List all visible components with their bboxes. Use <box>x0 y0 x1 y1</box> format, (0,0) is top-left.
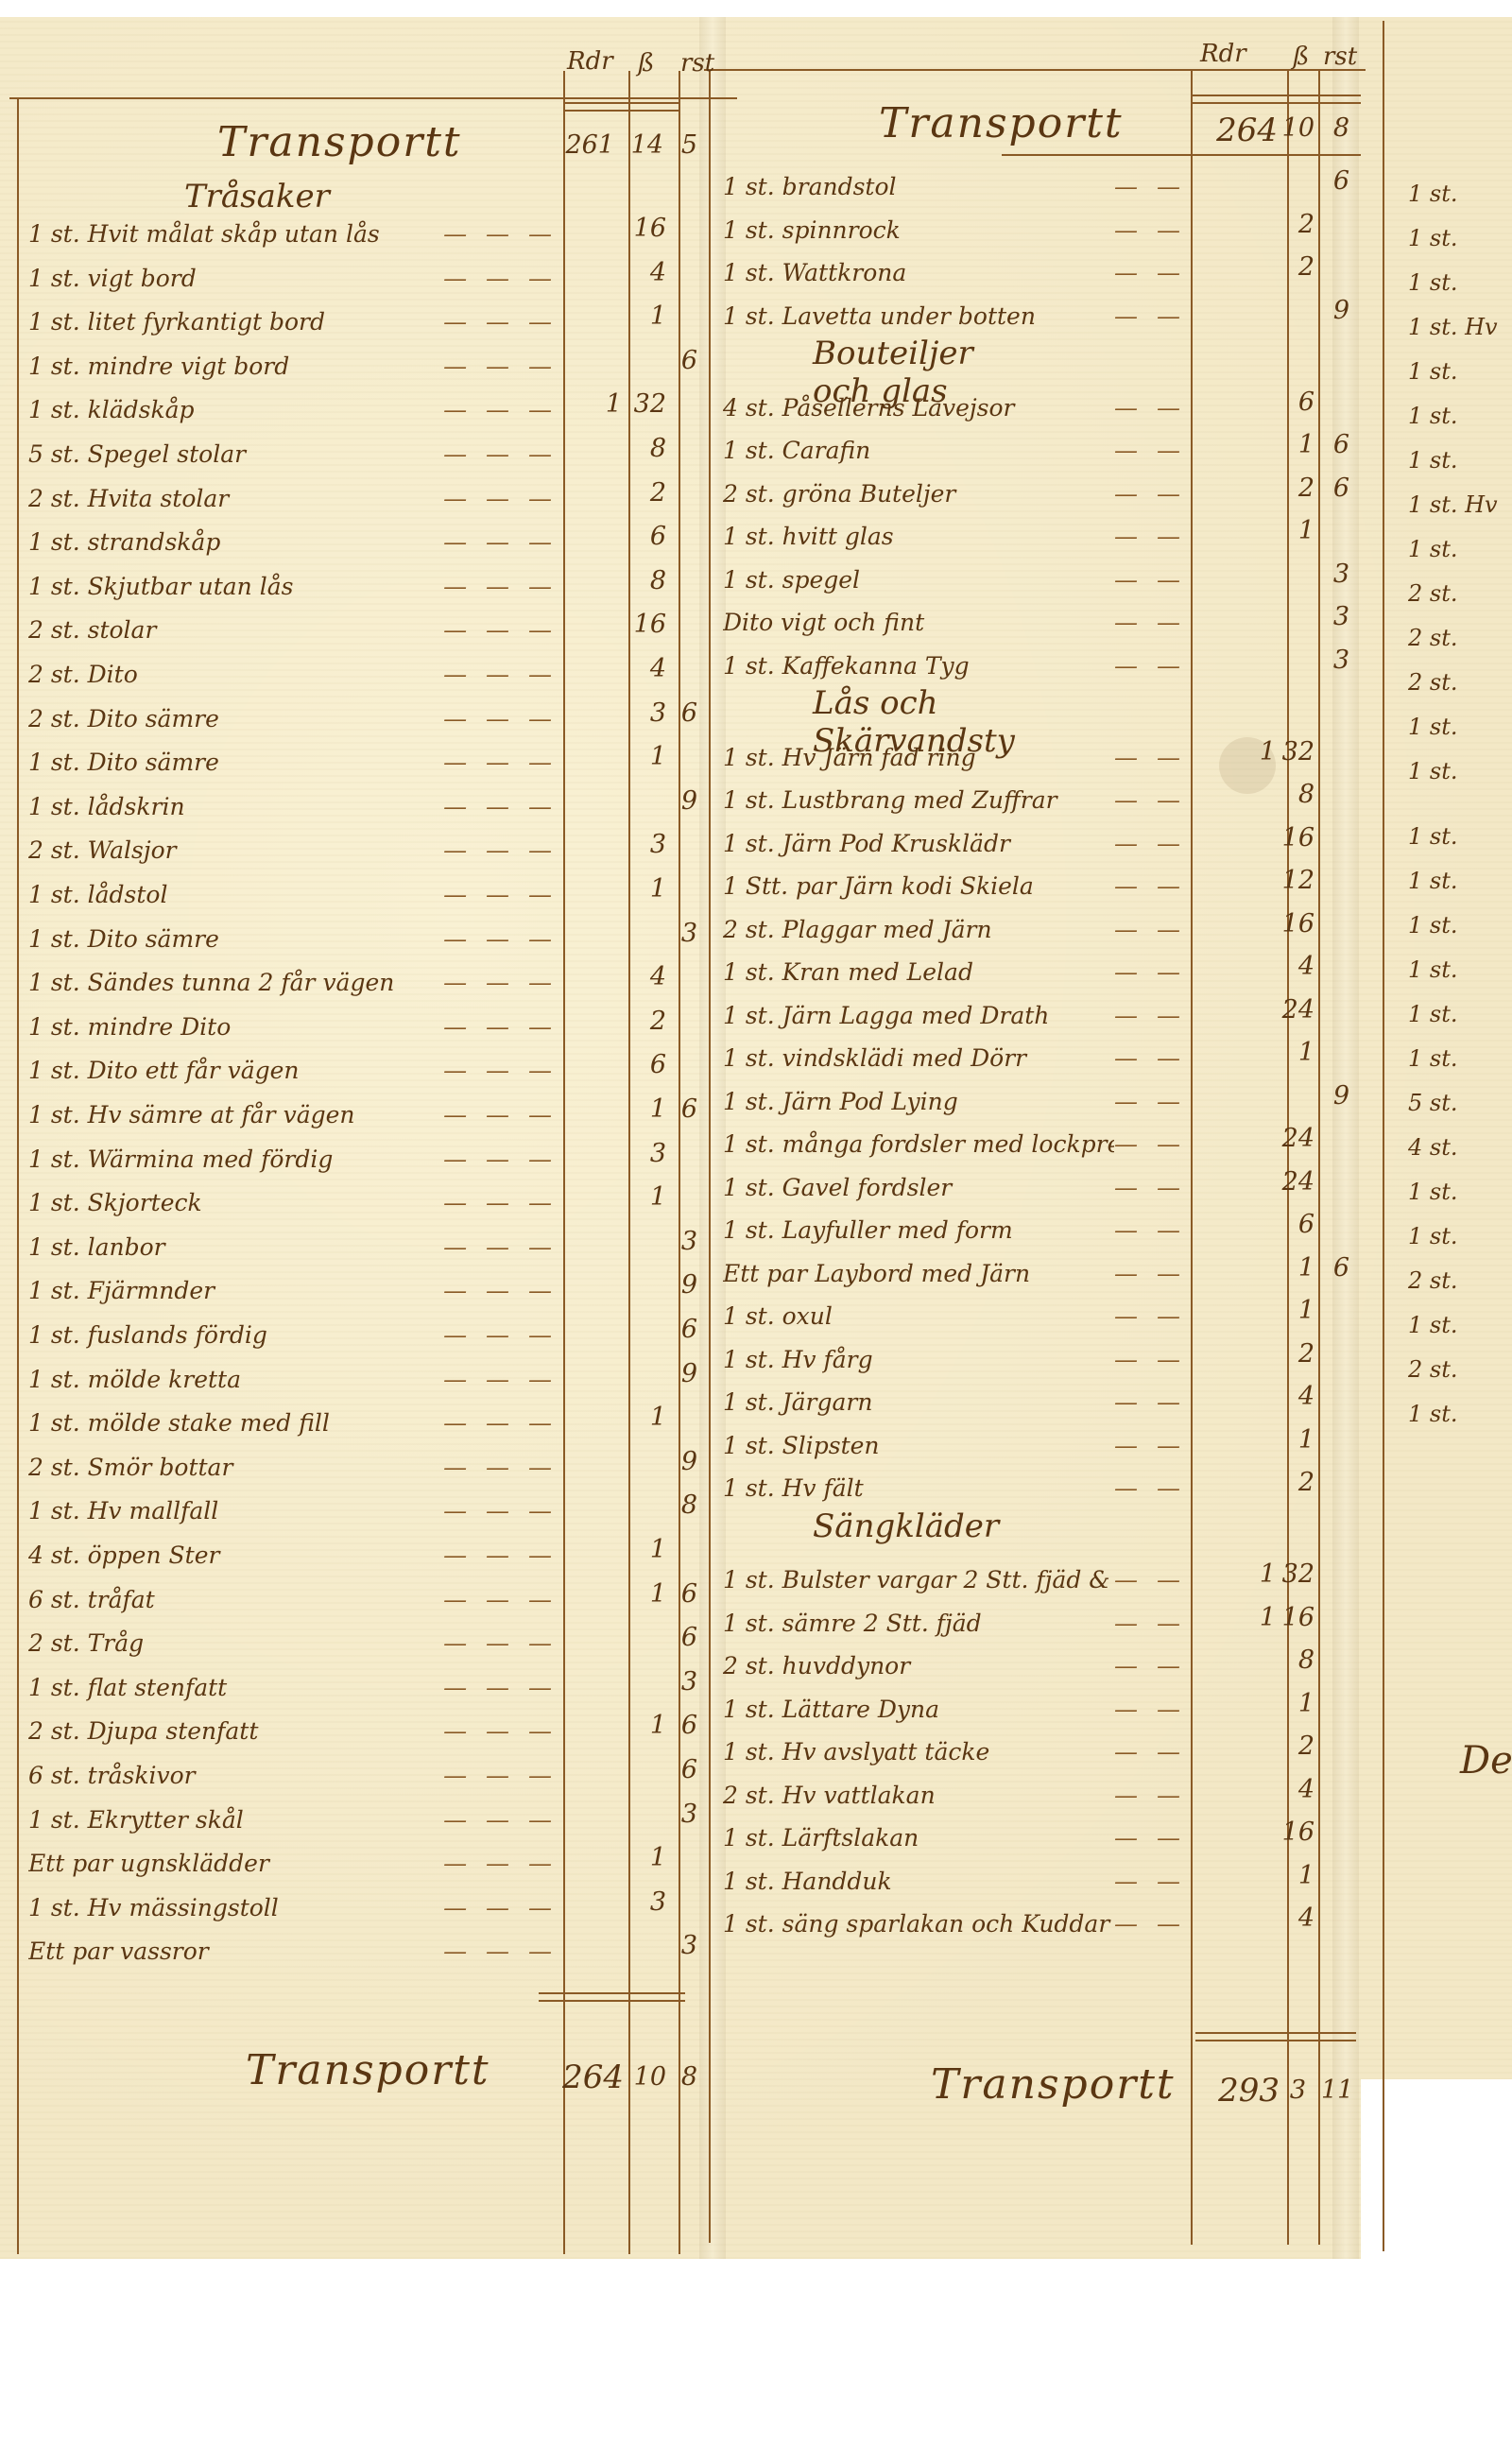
item-prefix: 1 st. <box>1408 868 1512 894</box>
item-description: 1 st. Hv avslyatt täcke <box>723 1738 1114 1766</box>
item-prefix: 1 st. <box>1408 1223 1512 1249</box>
column-rule-rst <box>679 71 680 2254</box>
partial-row: 1 st. <box>1408 897 1512 939</box>
ledger-row: 1 st. Lärftslakan— — <box>723 1810 1186 1852</box>
item-description: 2 st. Tråg <box>28 1629 443 1657</box>
item-prefix: 1 st. <box>1408 358 1512 385</box>
ledger-row: Ett par Laybord med Järn— — <box>723 1246 1186 1287</box>
partial-row: 1 st. <box>1408 853 1512 894</box>
amount-sk: 16 <box>1280 909 1314 939</box>
item-description: 1 st. Hv Järn fad ring <box>723 744 1114 771</box>
ledger-row: 6 st. tråskivor— — — <box>28 1748 558 1789</box>
ledger-row: 1 st. säng sparlakan och Kuddar— — <box>723 1896 1186 1938</box>
partial-row: 2 st. <box>1408 654 1512 696</box>
amount-rst: 3 <box>673 919 697 948</box>
item-description: 1 st. Bulster vargar 2 Stt. fjäd & 2 st.… <box>723 1566 1114 1593</box>
amount-sk: 1 <box>628 1711 666 1740</box>
amount-sk: 2 <box>1280 474 1314 503</box>
carry-in-sk: 10 <box>1280 113 1314 143</box>
amount-sk: 1 <box>628 742 666 771</box>
leader-dashes: — — — <box>443 1277 558 1304</box>
leader-dashes: — — — <box>443 1894 558 1921</box>
item-description: 1 st. mölde stake med fill <box>28 1409 443 1437</box>
item-description: 2 st. Walsjor <box>28 836 443 864</box>
ledger-row: 1 st. flat stenfatt— — — <box>28 1660 558 1701</box>
item-description: 1 st. Lärftslakan <box>723 1824 1114 1852</box>
carry-out-rdr: 264 <box>558 2058 624 2096</box>
ledger-row: 2 st. stolar— — — <box>28 602 558 644</box>
amount-sk: 16 <box>1280 1603 1314 1632</box>
item-description: 1 st. många fordsler med lockpre <box>723 1130 1114 1158</box>
ledger-row: 1 st. Wärmina med fördig— — — <box>28 1131 558 1173</box>
ledger-row: 4 st. Påsellerns Lavejsor— — <box>723 380 1186 422</box>
amount-rdr: 1 <box>1193 1559 1276 1589</box>
leader-dashes: — — <box>1114 1474 1186 1502</box>
amount-sk: 8 <box>1280 1645 1314 1675</box>
carry-out-rst: 11 <box>1321 2076 1349 2105</box>
item-description: 2 st. Hvita stolar <box>28 485 443 512</box>
ledger-row: 1 st. Hv mallfall— — — <box>28 1483 558 1524</box>
item-description: 5 st. Spegel stolar <box>28 440 443 468</box>
amount-rst: 9 <box>673 786 697 816</box>
amount-sk: 1 <box>628 1843 666 1872</box>
amount-sk: 4 <box>1280 1775 1314 1804</box>
amount-rst: 3 <box>673 1931 697 1960</box>
partial-row: 1 st. <box>1408 1386 1512 1427</box>
ledger-row: 1 st. Järn Lagga med Drath— — <box>723 988 1186 1029</box>
partial-row: 1 st. <box>1408 941 1512 983</box>
ledger-row: 1 st. Kaffekanna Tyg— — <box>723 638 1186 680</box>
amount-sk: 1 <box>628 1535 666 1564</box>
amount-rdr: 1 <box>1193 1603 1276 1632</box>
leader-dashes: — — — <box>443 749 558 776</box>
item-description: 1 st. Järn Pod Lying <box>723 1088 1114 1115</box>
ledger-row: 1 st. mindre vigt bord— — — <box>28 338 558 380</box>
carry-out-sk: 3 <box>1285 2076 1306 2105</box>
leader-dashes: — — — <box>443 1762 558 1789</box>
item-prefix: 1 st. <box>1408 1001 1512 1027</box>
item-description: 1 st. sämre 2 Stt. fjäd <box>723 1610 1114 1637</box>
ledger-row: 1 st. spinnrock— — <box>723 202 1186 244</box>
subtotal-double-rule <box>1195 2032 1356 2041</box>
header-rdr: Rdr <box>1200 40 1246 68</box>
leader-dashes: — — <box>1114 394 1186 422</box>
ledger-row: 2 st. gröna Buteljer— — <box>723 466 1186 508</box>
leader-dashes: — — <box>1114 173 1186 200</box>
amount-rst: 9 <box>1321 296 1349 325</box>
ledger-row: 1 st. Kran med Lelad— — <box>723 944 1186 986</box>
top-rule <box>704 69 1366 71</box>
item-description: 1 st. Sändes tunna 2 får vägen <box>28 969 443 996</box>
ledger-row: 1 st. Järn Pod Lying— — <box>723 1074 1186 1115</box>
leader-dashes: — — — <box>443 1454 558 1481</box>
amount-sk: 4 <box>1280 952 1314 981</box>
item-description: 1 st. Lustbrang med Zuffrar <box>723 786 1114 814</box>
item-prefix: 1 st. <box>1408 1179 1512 1205</box>
amount-rst: 6 <box>673 1711 697 1740</box>
partial-row: 2 st. <box>1408 565 1512 607</box>
amount-sk: 1 <box>628 1579 666 1609</box>
leader-dashes: — — — <box>443 969 558 996</box>
item-description: 1 st. Dito ett får vägen <box>28 1057 443 1084</box>
ledger-row: 1 st. brandstol— — <box>723 159 1186 200</box>
ledger-row: 1 Stt. par Järn kodi Skiela— — <box>723 858 1186 900</box>
amount-sk: 6 <box>1280 388 1314 417</box>
amount-sk: 1 <box>628 1182 666 1212</box>
item-description: 1 st. Järgarn <box>723 1388 1114 1416</box>
header-rdr: Rdr <box>567 47 613 76</box>
amount-rst: 9 <box>673 1359 697 1388</box>
item-description: Ett par vassror <box>28 1938 443 1965</box>
ledger-row: 2 st. Hv vattlakan— — <box>723 1767 1186 1809</box>
item-description: 2 st. Plaggar med Järn <box>723 916 1114 943</box>
amount-sk: 16 <box>628 214 666 243</box>
leader-dashes: — — — <box>443 1717 558 1745</box>
amount-rst: 9 <box>673 1270 697 1300</box>
leader-dashes: — — <box>1114 259 1186 286</box>
leader-dashes: — — <box>1114 1910 1186 1938</box>
header-rst: rst <box>1323 43 1357 71</box>
leader-dashes: — — — <box>443 1057 558 1084</box>
item-description: 1 st. oxul <box>723 1302 1114 1330</box>
partial-row: 1 st. Hv <box>1408 476 1512 518</box>
item-description: 1 st. klädskåp <box>28 396 443 423</box>
amount-sk: 4 <box>1280 1382 1314 1411</box>
item-description: 1 st. Hv mallfall <box>28 1497 443 1524</box>
item-description: 1 st. Gavel fordsler <box>723 1174 1114 1201</box>
ledger-row: 1 st. Sändes tunna 2 får vägen— — — <box>28 955 558 996</box>
item-description: 1 st. Wattkrona <box>723 259 1114 286</box>
leader-dashes: — — <box>1114 523 1186 550</box>
item-description: 1 st. mindre vigt bord <box>28 353 443 380</box>
amount-rst: 9 <box>673 1447 697 1476</box>
partial-row: 4 st. <box>1408 1119 1512 1161</box>
ledger-row: 1 st. Järn Pod Krusklädr— — <box>723 816 1186 857</box>
leader-dashes: — — — <box>443 1145 558 1173</box>
leader-dashes: — — — <box>443 1013 558 1041</box>
amount-sk: 3 <box>628 830 666 859</box>
ledger-row: 1 st. Carafin— — <box>723 422 1186 464</box>
ledger-row: 6 st. tråfat— — — <box>28 1572 558 1613</box>
item-prefix: 1 st. <box>1408 447 1512 474</box>
ledger-row: 1 st. Bulster vargar 2 Stt. fjäd & 2 st.… <box>723 1552 1186 1593</box>
ledger-row: 1 st. Lättare Dyna— — <box>723 1681 1186 1723</box>
ledger-row: 1 st. Gavel fordsler— — <box>723 1160 1186 1201</box>
carry-in-label: Transportt <box>879 99 1124 147</box>
amount-sk: 32 <box>1280 1559 1314 1589</box>
leader-dashes: — — — <box>443 925 558 953</box>
item-description: 1 st. Slipsten <box>723 1432 1114 1459</box>
item-description: 1 st. Fjärmnder <box>28 1277 443 1304</box>
item-prefix: 1 st. <box>1408 1312 1512 1338</box>
amount-sk: 1 <box>1280 1253 1314 1283</box>
leader-dashes: — — <box>1114 1738 1186 1766</box>
item-description: 1 st. Hvit målat skåp utan lås <box>28 220 443 248</box>
ledger-row: Ett par ugnsklädder— — — <box>28 1835 558 1877</box>
leader-dashes: — — — <box>443 793 558 820</box>
leader-dashes: — — <box>1114 1216 1186 1244</box>
item-description: 1 st. vigt bord <box>28 265 443 292</box>
leader-dashes: — — <box>1114 1782 1186 1809</box>
leader-dashes: — — <box>1114 652 1186 680</box>
amount-rst: 6 <box>1321 474 1349 503</box>
leader-dashes: — — — <box>443 265 558 292</box>
leader-dashes: — — <box>1114 1044 1186 1072</box>
leader-dashes: — — — <box>443 1233 558 1261</box>
partial-row: 1 st. <box>1408 1208 1512 1249</box>
amount-sk: 16 <box>1280 823 1314 853</box>
leader-dashes: — — — <box>443 1409 558 1437</box>
amount-rst: 6 <box>673 1755 697 1784</box>
amount-sk: 4 <box>628 962 666 991</box>
item-description: 1 st. Hv mässingstoll <box>28 1894 443 1921</box>
leader-dashes: — — — <box>443 836 558 864</box>
item-prefix: 2 st. <box>1408 1267 1512 1294</box>
amount-sk: 32 <box>628 389 666 419</box>
amount-sk: 1 <box>1280 1038 1314 1067</box>
amount-sk: 2 <box>1280 252 1314 282</box>
ledger-row: 1 st. oxul— — <box>723 1288 1186 1330</box>
ledger-row: 1 st. många fordsler med lockpre— — <box>723 1116 1186 1158</box>
item-description: 1 st. Ekrytter skål <box>28 1806 443 1834</box>
ledger-row: 2 st. Hvita stolar— — — <box>28 471 558 512</box>
item-description: 1 st. lanbor <box>28 1233 443 1261</box>
amount-sk: 1 <box>1280 1689 1314 1718</box>
ledger-row: 1 st. lanbor— — — <box>28 1219 558 1261</box>
leader-dashes: — — <box>1114 1824 1186 1852</box>
leader-dashes: — — <box>1114 1130 1186 1158</box>
amount-sk: 1 <box>628 1094 666 1124</box>
item-description: 1 Stt. par Järn kodi Skiela <box>723 872 1114 900</box>
leader-dashes: — — <box>1114 1868 1186 1895</box>
partial-row: 1 st. Hv <box>1408 299 1512 340</box>
amount-rst: 3 <box>673 1227 697 1256</box>
section-title: Sängkläder <box>813 1507 999 1545</box>
ledger-row: 1 st. Slipsten— — <box>723 1418 1186 1459</box>
partial-row: 1 st. <box>1408 808 1512 850</box>
partial-row: 1 st. <box>1408 388 1512 429</box>
item-description: 1 st. fuslands fördig <box>28 1321 443 1349</box>
amount-sk: 8 <box>1280 780 1314 809</box>
item-description: 4 st. öppen Ster <box>28 1542 443 1569</box>
item-description: 1 st. Lättare Dyna <box>723 1696 1114 1723</box>
partial-row: 2 st. <box>1408 1252 1512 1294</box>
leader-dashes: — — — <box>443 1497 558 1524</box>
leader-dashes: — — — <box>443 1542 558 1569</box>
item-description: 2 st. Dito sämre <box>28 705 443 732</box>
leader-dashes: — — — <box>443 881 558 908</box>
item-prefix: 1 st. <box>1408 823 1512 850</box>
leader-dashes: — — <box>1114 1610 1186 1637</box>
item-description: 1 st. litet fyrkantigt bord <box>28 308 443 336</box>
amount-sk: 2 <box>1280 1468 1314 1497</box>
ledger-row: 2 st. huvddynor— — <box>723 1638 1186 1679</box>
amount-rst: 9 <box>1321 1081 1349 1111</box>
ledger-row: 1 st. fuslands fördig— — — <box>28 1307 558 1349</box>
leader-dashes: — — — <box>443 1674 558 1701</box>
item-prefix: 1 st. <box>1408 1401 1512 1427</box>
leader-dashes: — — <box>1114 1346 1186 1373</box>
ledger-row: 1 st. lådstol— — — <box>28 867 558 908</box>
ledger-row: 2 st. Tråg— — — <box>28 1615 558 1657</box>
ledger-row: 1 st. Hv mässingstoll— — — <box>28 1880 558 1921</box>
ledger-row: 1 st. Hv avslyatt täcke— — <box>723 1724 1186 1766</box>
amount-rst: 3 <box>673 1667 697 1697</box>
leader-dashes: — — <box>1114 916 1186 943</box>
partial-row: 1 st. <box>1408 1163 1512 1205</box>
leader-dashes: — — <box>1114 1302 1186 1330</box>
carry-out-rst: 8 <box>673 2062 697 2092</box>
item-description: 1 st. Carafin <box>723 437 1114 464</box>
item-description: Ett par Laybord med Järn <box>723 1260 1114 1287</box>
subtotal-double-rule <box>539 1992 685 2002</box>
leader-dashes: — — <box>1114 1696 1186 1723</box>
amount-sk: 4 <box>628 654 666 683</box>
amount-sk: 24 <box>1280 995 1314 1025</box>
leader-dashes: — — <box>1114 1432 1186 1459</box>
item-prefix: 1 st. Hv <box>1408 491 1512 518</box>
ledger-row: 1 st. Lavetta under botten— — <box>723 288 1186 330</box>
leader-dashes: — — — <box>443 705 558 732</box>
ledger-row: 1 st. Hv fält— — <box>723 1460 1186 1502</box>
item-description: 1 st. Layfuller med form <box>723 1216 1114 1244</box>
carry-in-rdr: 264 <box>1193 112 1278 149</box>
item-description: 1 st. hvitt glas <box>723 523 1114 550</box>
item-prefix: 1 st. <box>1408 225 1512 251</box>
leader-dashes: — — — <box>443 1586 558 1613</box>
ledger-row: 1 st. mölde kretta— — — <box>28 1352 558 1393</box>
item-description: 1 st. vindsklädi med Dörr <box>723 1044 1114 1072</box>
item-description: 1 st. Järn Pod Krusklädr <box>723 830 1114 857</box>
item-prefix: 1 st. <box>1408 714 1512 740</box>
leader-dashes: — — — <box>443 1629 558 1657</box>
partial-row: 1 st. <box>1408 521 1512 562</box>
leader-dashes: — — <box>1114 566 1186 594</box>
amount-rst: 3 <box>1321 646 1349 675</box>
ledger-row: 1 st. litet fyrkantigt bord— — — <box>28 294 558 336</box>
ledger-row: 1 st. Järgarn— — <box>723 1374 1186 1416</box>
amount-sk: 4 <box>628 258 666 287</box>
amount-rst: 6 <box>673 1623 697 1652</box>
leader-dashes: — — — <box>443 1366 558 1393</box>
leader-dashes: — — <box>1114 1174 1186 1201</box>
amount-sk: 2 <box>1280 210 1314 239</box>
ledger-row: 1 st. Hv Järn fad ring— — <box>723 730 1186 771</box>
leader-dashes: — — — <box>443 220 558 248</box>
carry-out-label: Transportt <box>246 2046 490 2094</box>
leader-dashes: — — — <box>443 396 558 423</box>
left-margin-rule <box>17 97 19 2254</box>
ledger-row: 1 st. mölde stake med fill— — — <box>28 1395 558 1437</box>
column-rule-rdr <box>1191 71 1193 2245</box>
leader-dashes: — — — <box>443 485 558 512</box>
leader-dashes: — — <box>1114 609 1186 636</box>
amount-sk: 1 <box>1280 1861 1314 1890</box>
leader-dashes: — — <box>1114 1260 1186 1287</box>
ledger-row: 2 st. Dito sämre— — — <box>28 691 558 732</box>
amount-sk: 1 <box>1280 1296 1314 1325</box>
item-description: 4 st. Påsellerns Lavejsor <box>723 394 1114 422</box>
leader-dashes: — — <box>1114 1088 1186 1115</box>
amount-sk: 1 <box>1280 1425 1314 1455</box>
amount-rst: 6 <box>673 1579 697 1609</box>
item-description: Dito vigt och fint <box>723 609 1114 636</box>
item-description: 1 st. Hv sämre at får vägen <box>28 1101 443 1128</box>
item-description: 1 st. Dito sämre <box>28 749 443 776</box>
ledger-row: 1 st. Skjorteck— — — <box>28 1175 558 1216</box>
leader-dashes: — — <box>1114 1566 1186 1593</box>
item-prefix: 1 st. <box>1408 403 1512 429</box>
amount-sk: 1 <box>628 301 666 331</box>
ledger-row: 4 st. öppen Ster— — — <box>28 1527 558 1569</box>
ledger-row: 1 st. strandskåp— — — <box>28 514 558 556</box>
item-description: 2 st. Djupa stenfatt <box>28 1717 443 1745</box>
trailing-fragment: De <box>1460 1739 1512 1783</box>
amount-rst: 6 <box>673 698 697 728</box>
ledger-row: 1 st. vindsklädi med Dörr— — <box>723 1030 1186 1072</box>
carry-in-rst: 5 <box>673 130 697 160</box>
item-description: 2 st. Dito <box>28 661 443 688</box>
amount-rst: 6 <box>1321 1253 1349 1283</box>
header-rst: rst <box>680 49 714 78</box>
ledger-row: 2 st. Smör bottar— — — <box>28 1439 558 1481</box>
leader-dashes: — — — <box>443 573 558 600</box>
amount-sk: 3 <box>628 1139 666 1168</box>
item-description: 1 st. strandskåp <box>28 528 443 556</box>
amount-rdr: 1 <box>565 389 622 419</box>
ledger-row: 1 st. Hvit målat skåp utan lås— — — <box>28 206 558 248</box>
item-prefix: 1 st. <box>1408 956 1512 983</box>
carry-out-rdr: 293 <box>1193 2072 1280 2110</box>
partial-row: 1 st. <box>1408 986 1512 1027</box>
left-margin-rule <box>1383 21 1384 2251</box>
ledger-row: 1 st. Layfuller med form— — <box>723 1202 1186 1244</box>
carry-in-rst: 8 <box>1321 113 1349 143</box>
item-description: 1 st. Skjutbar utan lås <box>28 573 443 600</box>
leader-dashes: — — — <box>443 353 558 380</box>
header-skilling: ß <box>1293 43 1309 71</box>
item-description: 1 st. Kaffekanna Tyg <box>723 652 1114 680</box>
item-description: 1 st. spegel <box>723 566 1114 594</box>
item-description: 1 st. mindre Dito <box>28 1013 443 1041</box>
item-prefix: 1 st. <box>1408 536 1512 562</box>
amount-sk: 16 <box>1280 1817 1314 1847</box>
partial-row: 2 st. <box>1408 1341 1512 1383</box>
carry-out-sk: 10 <box>628 2062 666 2092</box>
ledger-row: 1 st. Wattkrona— — <box>723 245 1186 286</box>
amount-rdr: 1 <box>1193 737 1276 767</box>
item-description: Ett par ugnsklädder <box>28 1850 443 1877</box>
item-description: 1 st. Kran med Lelad <box>723 958 1114 986</box>
item-description: 1 st. Wärmina med fördig <box>28 1145 443 1173</box>
amount-sk: 2 <box>1280 1339 1314 1369</box>
amount-rst: 6 <box>1321 430 1349 459</box>
amount-sk: 6 <box>1280 1210 1314 1239</box>
item-prefix: 2 st. <box>1408 1356 1512 1383</box>
partial-row: 1 st. <box>1408 165 1512 207</box>
leader-dashes: — — — <box>443 1189 558 1216</box>
amount-sk: 16 <box>628 610 666 639</box>
ledger-row: Dito vigt och fint— — <box>723 594 1186 636</box>
header-double-rule <box>1191 95 1361 104</box>
ledger-row: 1 st. Handduk— — <box>723 1853 1186 1895</box>
item-prefix: 2 st. <box>1408 580 1512 607</box>
leader-dashes: — — — <box>443 1321 558 1349</box>
amount-sk: 6 <box>628 1050 666 1079</box>
amount-sk: 2 <box>628 1007 666 1036</box>
item-description: 2 st. Hv vattlakan <box>723 1782 1114 1809</box>
left-margin-rule <box>709 69 711 2243</box>
